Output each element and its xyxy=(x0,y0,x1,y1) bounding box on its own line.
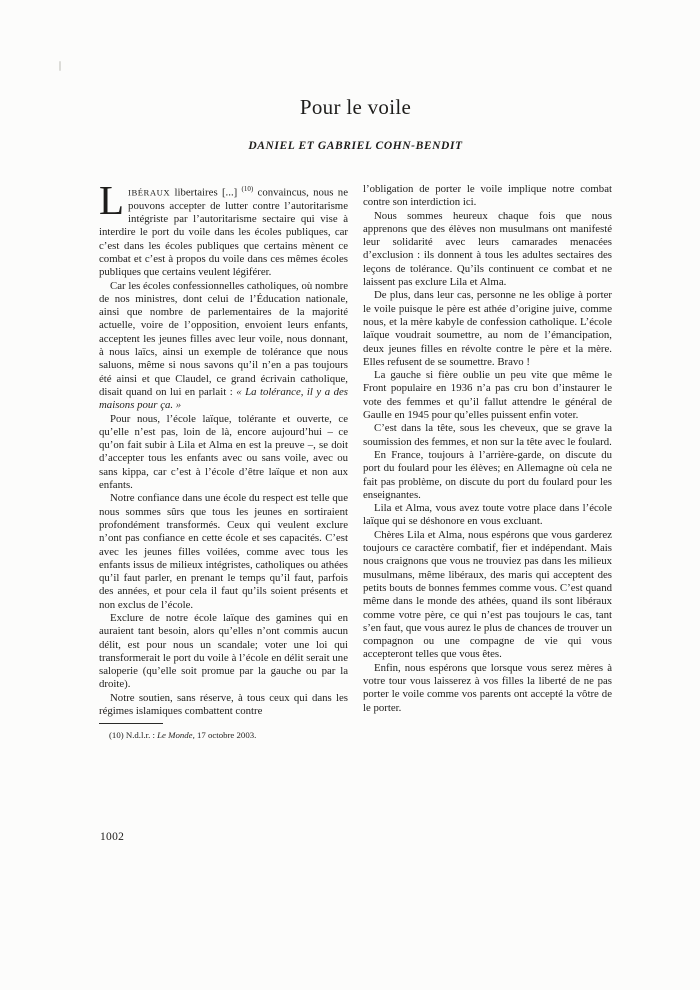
text-run: 17 octobre 2003. xyxy=(195,730,257,740)
article-author: DANIEL ET GABRIEL COHN-BENDIT xyxy=(99,140,612,152)
text-run: Car les écoles confessionnelles catholiq… xyxy=(99,280,348,398)
text-run: Chères Lila et Alma, nous espérons que v… xyxy=(363,529,612,661)
text-run: C’est dans la tête, sous les cheveux, qu… xyxy=(363,422,612,447)
footnote-block: (10) N.d.l.r. : Le Monde, 17 octobre 200… xyxy=(99,723,348,741)
paragraph: Enfin, nous espérons que lorsque vous se… xyxy=(363,662,612,715)
text-run: (10) N.d.l.r. : xyxy=(109,730,157,740)
text-run: En France, toujours à l’arrière-garde, o… xyxy=(363,449,612,501)
text-run: Nous sommes heureux chaque fois que nous… xyxy=(363,210,612,288)
footnote: (10) N.d.l.r. : Le Monde, 17 octobre 200… xyxy=(99,730,348,741)
document-page: Pour le voile DANIEL ET GABRIEL COHN-BEN… xyxy=(0,0,700,990)
paragraph: Exclure de notre école laïque des gamine… xyxy=(99,612,348,692)
text-run: IBÉRAUX xyxy=(128,188,170,198)
paragraph: Notre soutien, sans réserve, à tous ceux… xyxy=(99,692,348,719)
text-run: libertaires [...] xyxy=(170,187,241,199)
text-run: La gauche si fière oublie un peu vite qu… xyxy=(363,369,612,421)
article-title: Pour le voile xyxy=(99,95,612,120)
right-column: l’obligation de porter le voile implique… xyxy=(363,183,612,715)
paragraph: Pour nous, l’école laïque, tolérante et … xyxy=(99,413,348,493)
text-run: l’obligation de porter le voile implique… xyxy=(363,183,612,208)
text-run: Notre confiance dans une école du respec… xyxy=(99,492,348,610)
paragraph: Chères Lila et Alma, nous espérons que v… xyxy=(363,529,612,662)
paragraph: De plus, dans leur cas, personne ne les … xyxy=(363,289,612,369)
paragraph: Notre confiance dans une école du respec… xyxy=(99,492,348,612)
page-number: 1002 xyxy=(100,831,124,843)
text-run: Notre soutien, sans réserve, à tous ceux… xyxy=(99,692,348,717)
paragraph: Nous sommes heureux chaque fois que nous… xyxy=(363,210,612,290)
text-run: De plus, dans leur cas, personne ne les … xyxy=(363,289,612,367)
paragraph: La gauche si fière oublie un peu vite qu… xyxy=(363,369,612,422)
article-body: LIBÉRAUX libertaires [...] (10) convainc… xyxy=(99,183,612,741)
paragraph: Car les écoles confessionnelles catholiq… xyxy=(99,280,348,413)
paragraph: l’obligation de porter le voile implique… xyxy=(363,183,612,210)
paragraph: En France, toujours à l’arrière-garde, o… xyxy=(363,449,612,502)
text-run: Pour nous, l’école laïque, tolérante et … xyxy=(99,413,348,491)
footnote-ref: (10) xyxy=(242,185,254,193)
paragraph: C’est dans la tête, sous les cheveux, qu… xyxy=(363,422,612,449)
text-run: Exclure de notre école laïque des gamine… xyxy=(99,612,348,690)
paragraph: Lila et Alma, vous avez toute votre plac… xyxy=(363,502,612,529)
text-run: convaincus, nous ne pouvons accepter de … xyxy=(99,187,348,279)
scan-speck xyxy=(59,61,61,71)
text-run: Lila et Alma, vous avez toute votre plac… xyxy=(363,502,612,527)
left-column: LIBÉRAUX libertaires [...] (10) convainc… xyxy=(99,183,348,741)
paragraph: LIBÉRAUX libertaires [...] (10) convainc… xyxy=(99,183,348,280)
drop-cap: L xyxy=(99,183,128,217)
text-run: Enfin, nous espérons que lorsque vous se… xyxy=(363,662,612,714)
footnote-rule xyxy=(99,723,163,724)
text-run: Le Monde, xyxy=(157,730,195,740)
